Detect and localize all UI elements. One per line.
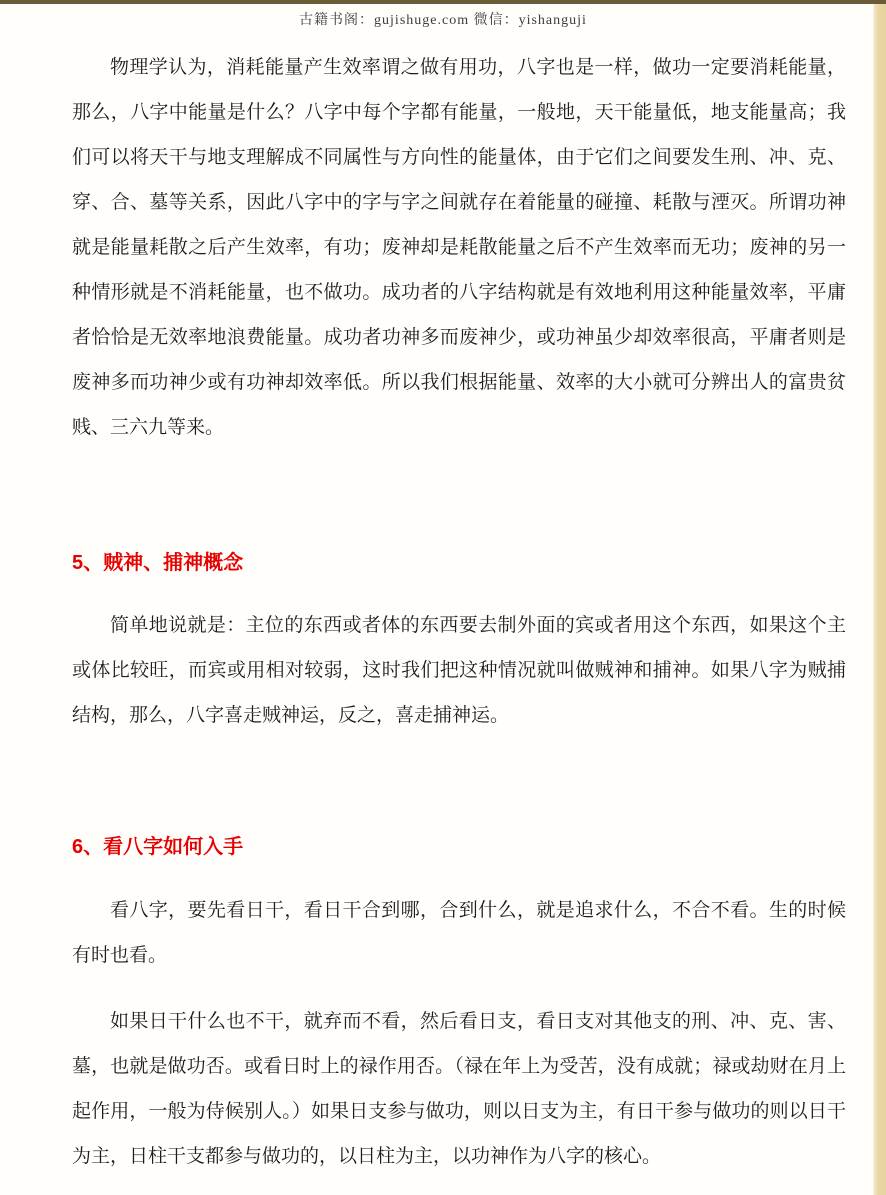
paragraph-read-bazi-day-branch: 如果日干什么也不干，就弃而不看，然后看日支，看日支对其他支的刑、冲、克、害、墓，… xyxy=(72,999,846,1179)
document-page: 古籍书阁：gujishuge.com 微信：yishanguji 物理学认为，消… xyxy=(0,4,872,1195)
paragraph-zeishen-bushen-definition: 简单地说就是：主位的东西或者体的东西要去制外面的宾或者用这个东西，如果这个主或体… xyxy=(72,603,846,738)
site-watermark-text: 古籍书阁：gujishuge.com 微信：yishanguji xyxy=(0,4,886,29)
document-body: 物理学认为，消耗能量产生效率谓之做有用功，八字也是一样，做功一定要消耗能量，那么… xyxy=(72,45,846,1179)
page-right-margin-strip xyxy=(873,4,886,1195)
paragraph-energy-efficiency-theory: 物理学认为，消耗能量产生效率谓之做有用功，八字也是一样，做功一定要消耗能量，那么… xyxy=(72,45,846,450)
section-heading-6-how-to-read-bazi: 6、看八字如何入手 xyxy=(72,834,846,860)
paragraph-read-bazi-day-stem: 看八字，要先看日干，看日干合到哪，合到什么，就是追求什么，不合不看。生的时候有时… xyxy=(72,888,846,978)
page-top-border-line xyxy=(0,0,886,4)
section-heading-5-zeishen-bushen: 5、贼神、捕神概念 xyxy=(72,550,846,576)
